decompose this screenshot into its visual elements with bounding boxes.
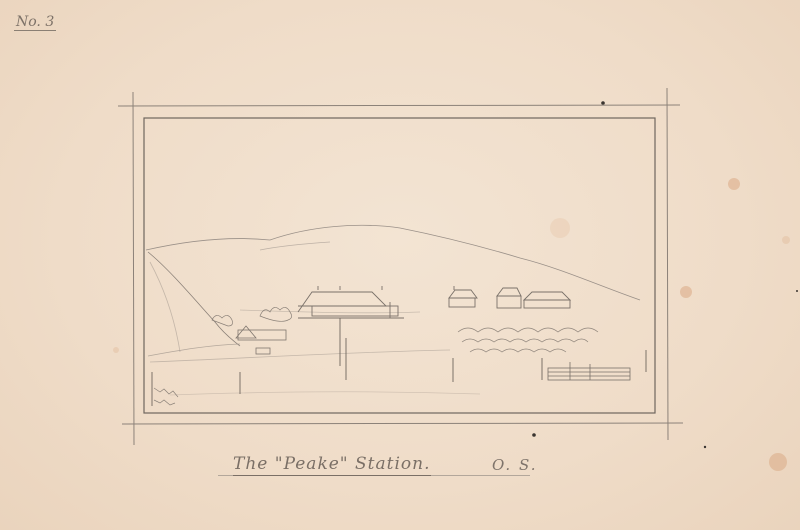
paper-sheet: No. 3 [0, 0, 800, 530]
inner-frame [144, 118, 655, 413]
artwork-title: The "Peake" Station. [233, 454, 431, 476]
title-text: The "Peake" Station. [233, 454, 431, 476]
homestead-main [298, 286, 404, 318]
pencil-drawing [0, 0, 800, 530]
poles [152, 318, 646, 406]
outbuilding-right [497, 288, 570, 308]
signature-scribble [154, 388, 178, 405]
outer-frame [118, 88, 683, 445]
hut-left [236, 326, 286, 354]
orchard [458, 328, 598, 352]
outbuilding-center [449, 286, 477, 307]
landscape-sketch [146, 225, 640, 395]
artist-initials: O. S. [492, 456, 537, 474]
fence-yard [548, 362, 630, 380]
foxing-spots [113, 178, 790, 471]
